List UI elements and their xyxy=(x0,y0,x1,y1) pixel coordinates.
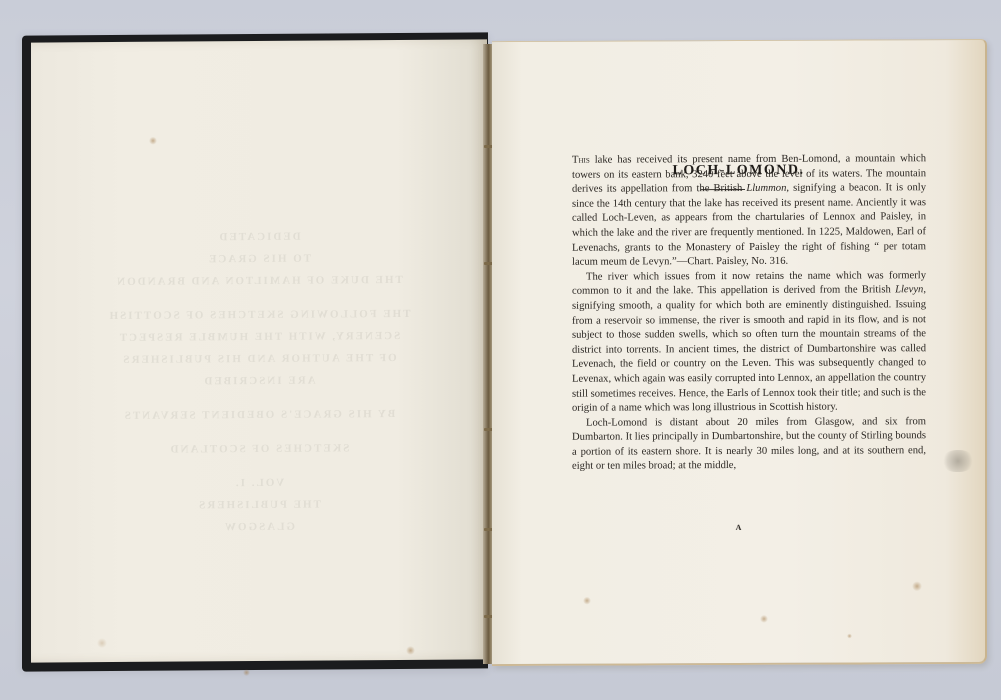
show-through-line xyxy=(31,429,487,432)
foxing-spot xyxy=(406,646,415,655)
show-through-line xyxy=(31,395,487,398)
italic-term: Llummon xyxy=(746,183,786,194)
show-through-line xyxy=(31,295,487,298)
show-through-line: THE DUKE OF HAMILTON AND BRANDON xyxy=(31,273,487,288)
right-page: LOCH-LOMOND. This lake has received its … xyxy=(492,39,987,666)
foxing-spot xyxy=(149,137,157,145)
foxing-spot xyxy=(243,669,250,676)
signature-mark: A xyxy=(492,522,985,533)
paragraph-lead-word: This xyxy=(572,155,590,166)
foxing-spot xyxy=(847,634,852,639)
show-through-line: BY HIS GRACE'S OBEDIENT SERVANTS xyxy=(31,407,487,422)
italic-term: Llevyn xyxy=(895,285,923,296)
show-through-line: THE FOLLOWING SKETCHES OF SCOTTISH xyxy=(31,307,487,322)
water-stain xyxy=(942,450,974,472)
paragraph-2: The river which issues from it now retai… xyxy=(572,269,926,416)
paragraph-3: Loch-Lomond is distant about 20 miles fr… xyxy=(572,415,926,475)
left-page: DEDICATEDTO HIS GRACETHE DUKE OF HAMILTO… xyxy=(31,39,487,662)
paragraph-text: The river which issues from it now retai… xyxy=(572,270,926,297)
foxing-spot xyxy=(583,597,591,605)
show-through-line: SKETCHES OF SCOTLAND xyxy=(31,441,487,456)
show-through-line: SCENERY, WITH THE HUMBLE RESPECT xyxy=(31,329,487,344)
body-text: This lake has received its present name … xyxy=(572,152,926,475)
paragraph-text: Loch-Lomond is distant about 20 miles fr… xyxy=(572,416,926,472)
show-through-line: THE PUBLISHERS xyxy=(31,497,487,512)
foxing-spot xyxy=(912,581,922,591)
paragraph-1: This lake has received its present name … xyxy=(572,152,926,270)
show-through-line xyxy=(31,463,487,466)
show-through-line: VOL. I. xyxy=(31,475,487,490)
paragraph-text: , signifying smooth, a quality for which… xyxy=(572,285,926,414)
foxing-spot xyxy=(97,638,107,648)
paragraph-text: , signifying a beacon. It is only since … xyxy=(572,182,926,268)
show-through-line: GLASGOW xyxy=(31,519,487,534)
show-through-line: ARE INSCRIBED xyxy=(31,373,487,388)
show-through-line: TO HIS GRACE xyxy=(31,251,487,266)
show-through-line: OF THE AUTHOR AND HIS PUBLISHERS xyxy=(31,351,487,366)
show-through-line: DEDICATED xyxy=(31,229,487,244)
foxing-spot xyxy=(760,615,768,623)
